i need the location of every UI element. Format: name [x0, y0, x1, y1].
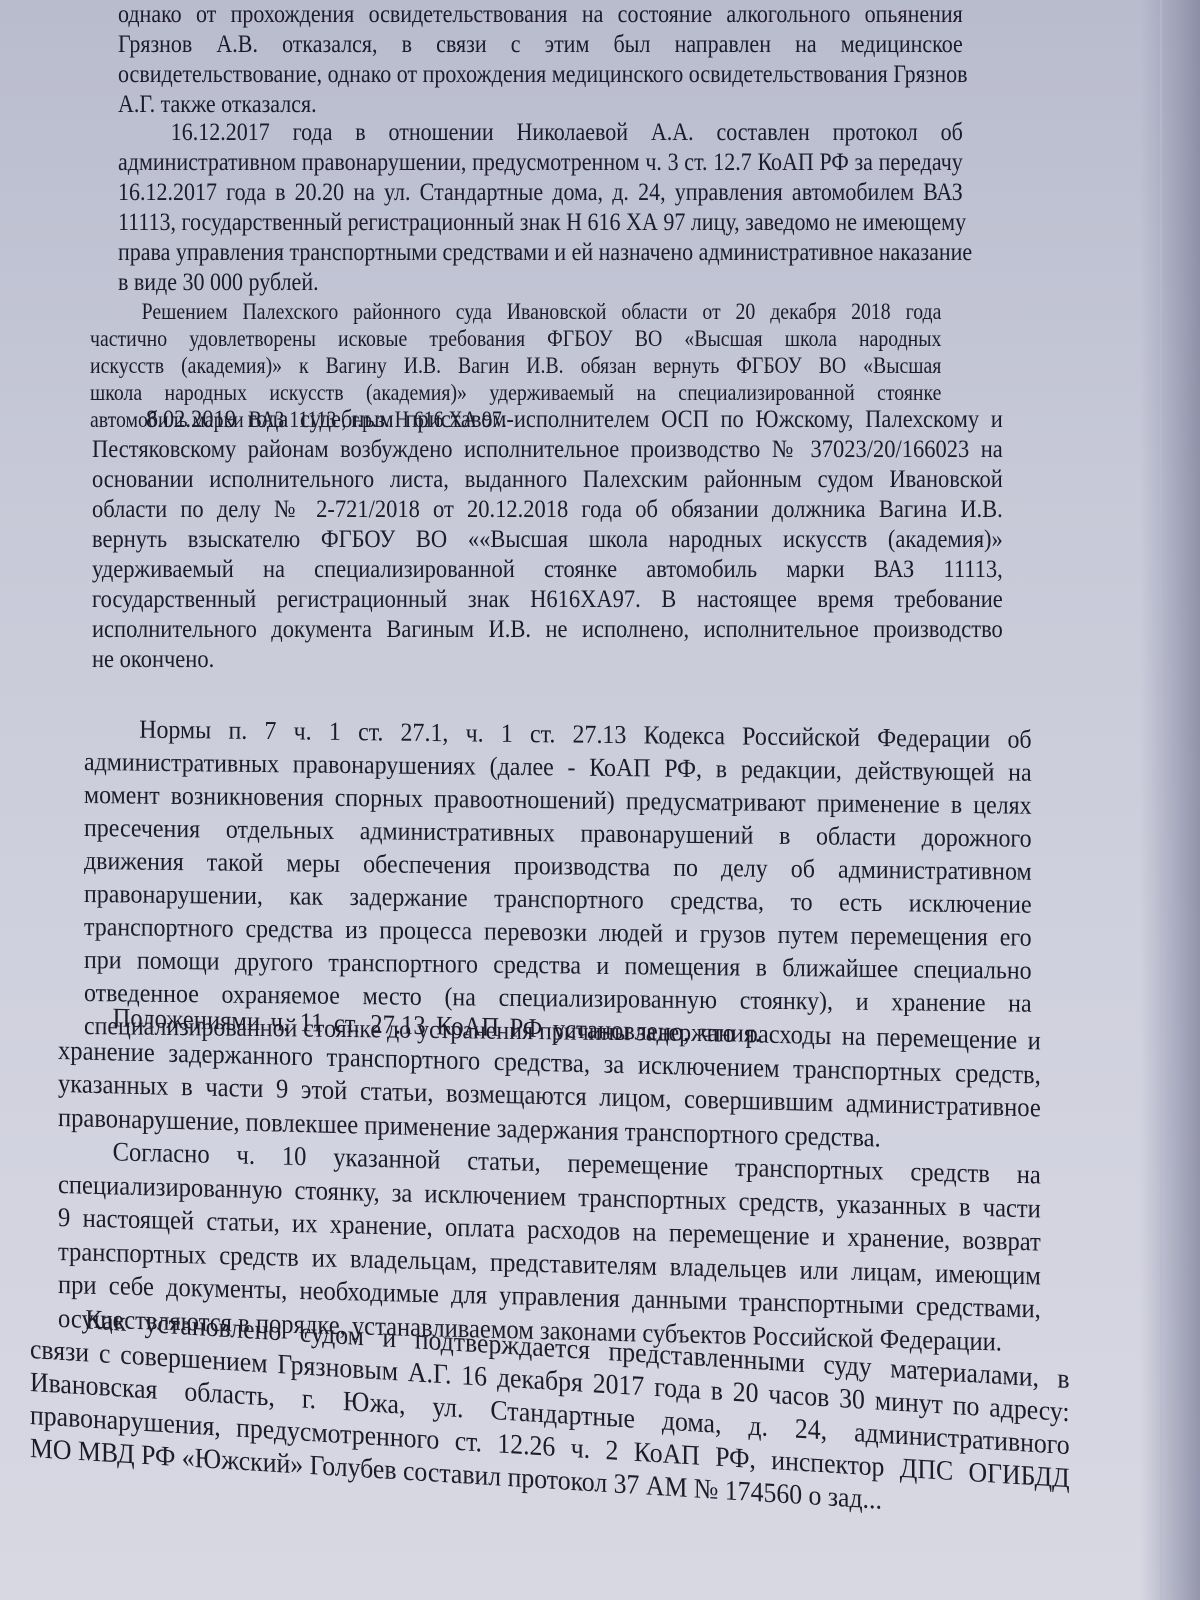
paragraph-koap-norms: Нормы п. 7 ч. 1 ст. 27.1, ч. 1 ст. 27.13… — [84, 712, 1032, 1053]
text-line: 16.12.2017 года в отношении Николаевой А… — [118, 118, 963, 148]
text-line: государственный регистрационный знак Н61… — [92, 585, 1003, 615]
paragraph-refusal-end: однако от прохождения освидетельствовани… — [118, 0, 963, 120]
text-line: освидетельствование, однако от прохожден… — [118, 60, 963, 90]
text-line: частично удовлетворены исковые требовани… — [90, 325, 941, 352]
paragraph-enforcement-proceedings: 8.02.2019 года судебным приставом-исполн… — [92, 405, 1003, 675]
text-line: административном правонарушении, предусм… — [118, 148, 963, 178]
page-edge-shadow — [1140, 0, 1200, 1600]
text-line: исполнительного документа Вагиным И.В. н… — [92, 615, 1003, 645]
text-line: однако от прохождения освидетельствовани… — [118, 0, 963, 30]
text-line: основании исполнительного листа, выданно… — [92, 465, 1003, 495]
text-line: школа народных искусств (академия)» удер… — [90, 379, 941, 406]
text-line: Пестяковскому районам возбуждено исполни… — [92, 435, 1003, 465]
text-line: вернуть взыскателю ФГБОУ ВО ««Высшая шко… — [92, 525, 1003, 555]
text-line: искусств (академия)» к Вагину И.В. Вагин… — [90, 352, 941, 379]
text-line: А.Г. также отказался. — [118, 90, 963, 120]
printed-page: однако от прохождения освидетельствовани… — [0, 0, 1200, 1600]
text-line: не окончено. — [92, 645, 1003, 675]
text-line: Решением Палехского районного суда Ивано… — [90, 298, 941, 325]
text-line: Грязнов А.В. отказался, в связи с этим б… — [118, 30, 963, 60]
paragraph-nikolaeva-protocol: 16.12.2017 года в отношении Николаевой А… — [118, 118, 963, 298]
text-line: 16.12.2017 года в 20.20 на ул. Стандартн… — [118, 178, 963, 208]
text-line: удерживаемый на специализированной стоян… — [92, 555, 1003, 585]
text-line: в виде 30 000 рублей. — [118, 268, 963, 298]
text-line: 8.02.2019 года судебным приставом-исполн… — [92, 405, 1003, 435]
text-line: права управления транспортными средствам… — [118, 238, 963, 268]
text-line: области по делу № 2-721/2018 от 20.12.20… — [92, 495, 1003, 525]
paragraph-article-27-13: Положениями ч. 11 ст. 27.13 КоАП РФ уста… — [58, 1000, 1041, 1360]
document-photo: однако от прохождения освидетельствовани… — [0, 0, 1200, 1600]
text-line: 11113, государственный регистрационный з… — [118, 208, 963, 238]
